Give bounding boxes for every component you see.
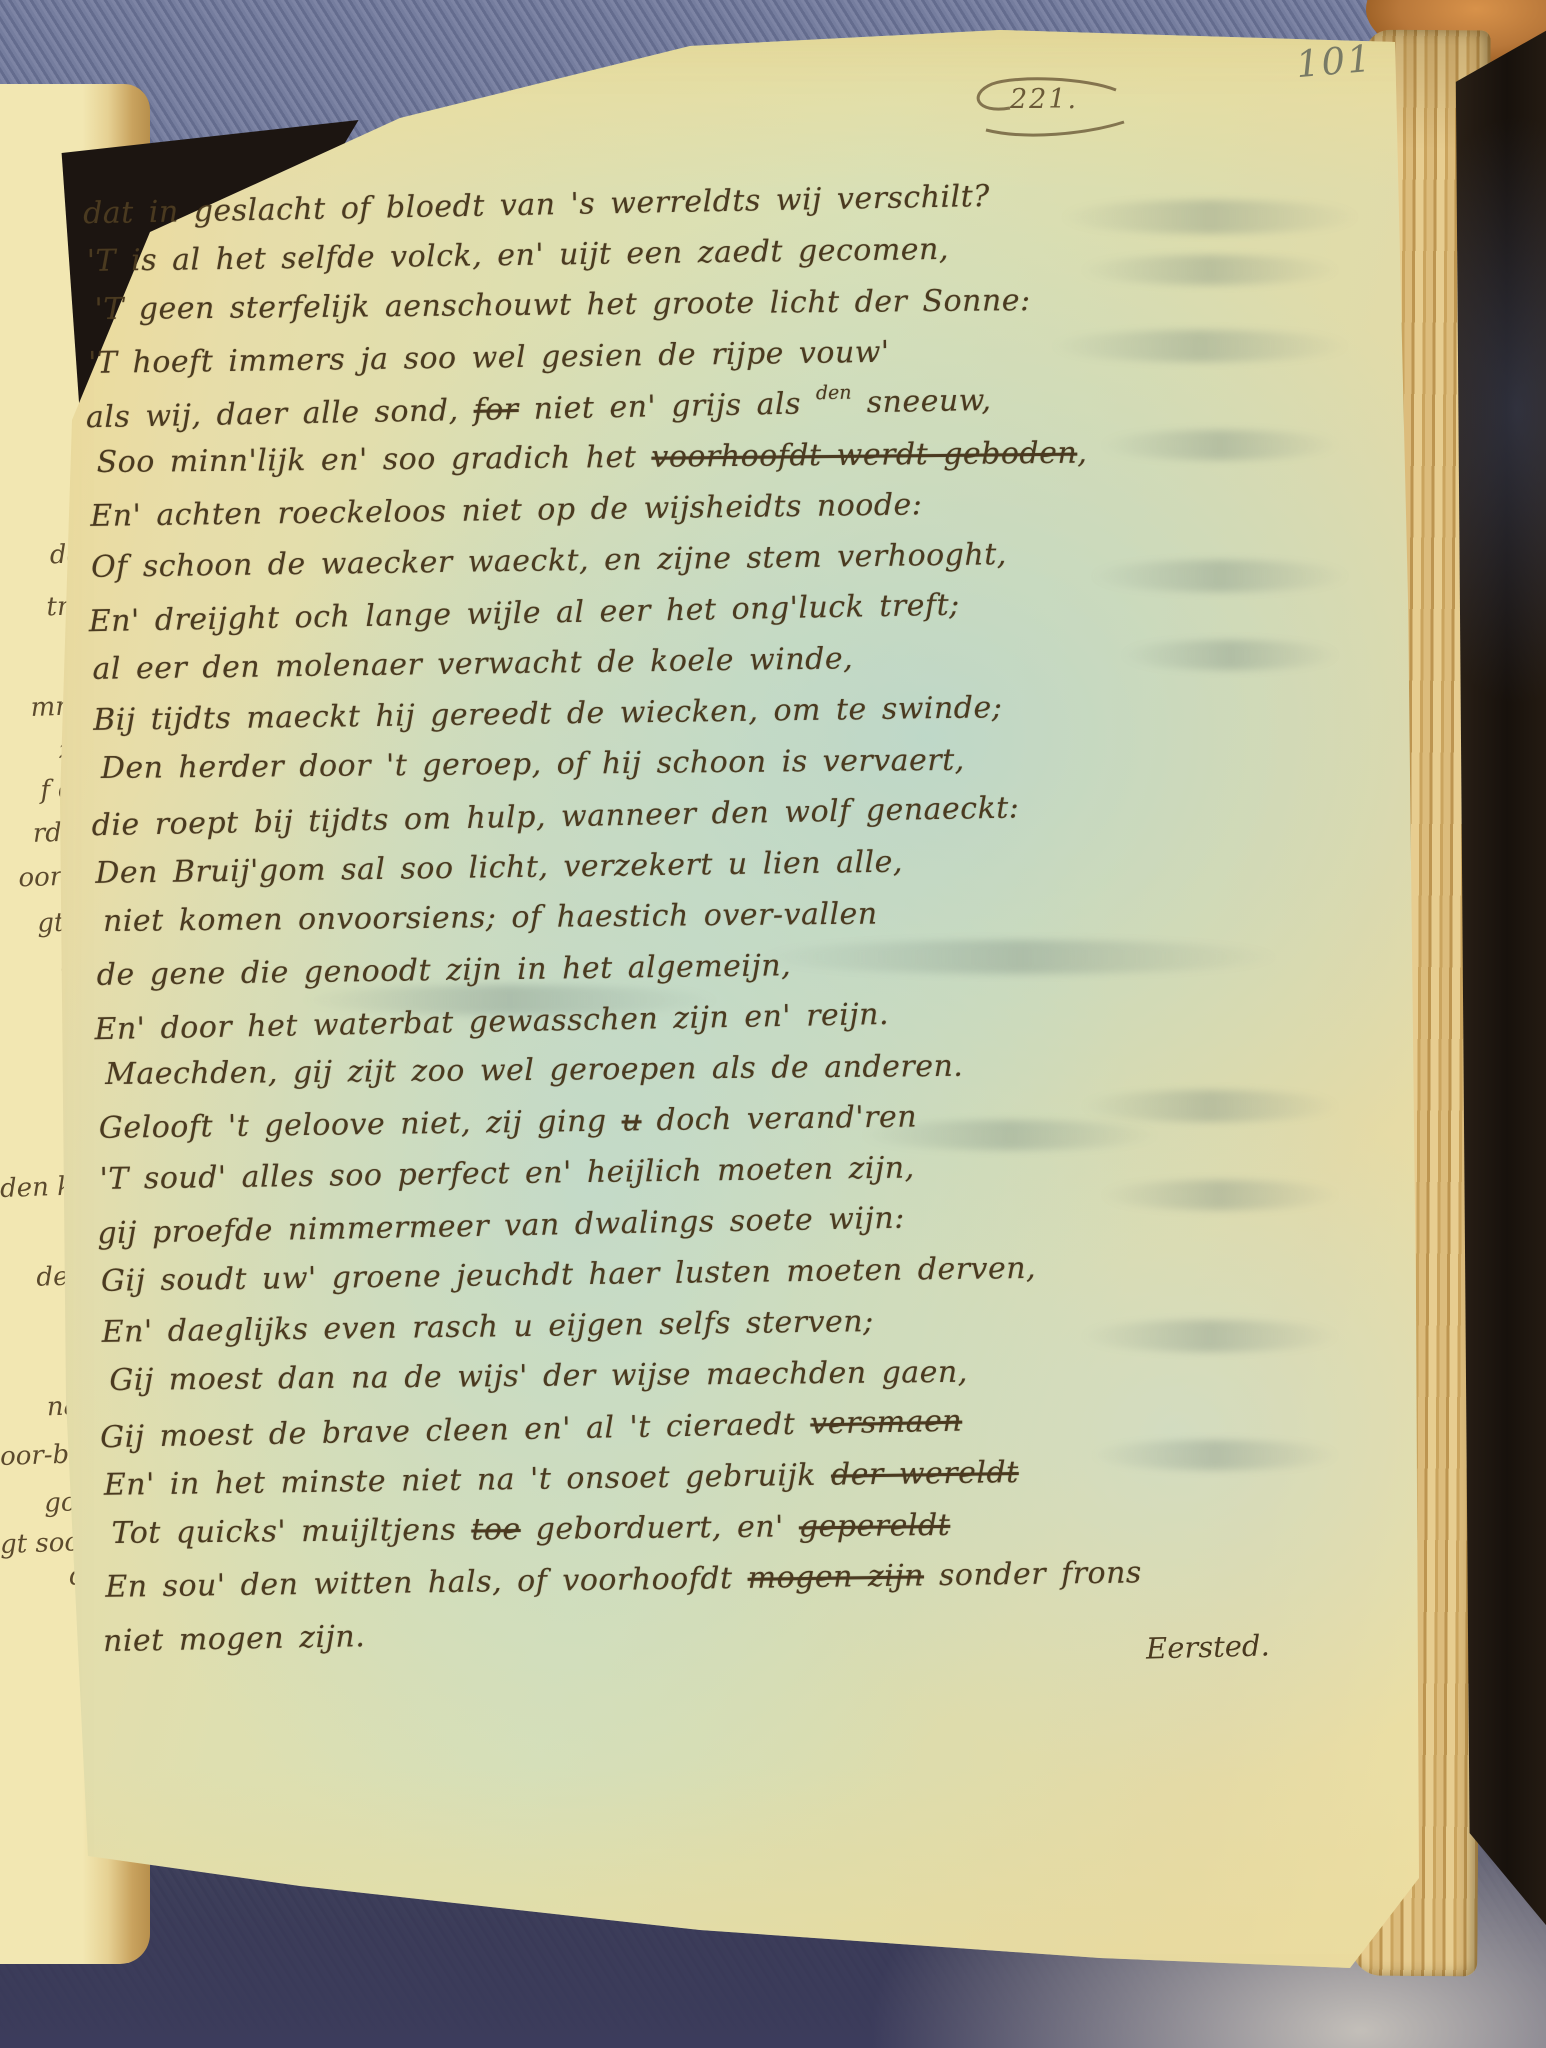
line-text: als wij, daer alle sond, bbox=[86, 393, 474, 435]
line-text: de gene die genoodt zijn in het algemeij… bbox=[97, 948, 792, 993]
manuscript-photo: dagstragtmmst,zee,f des.rdich!oordig.gt … bbox=[0, 0, 1546, 2048]
line-text: En' dreijght och lange wijle al eer het … bbox=[89, 588, 961, 640]
struck-text: mogen zijn bbox=[747, 1558, 924, 1595]
line-text: Den Bruij'gom sal soo licht, verzekert u… bbox=[95, 845, 903, 891]
line-text: doch verand'ren bbox=[641, 1099, 917, 1138]
line-text: En' door het waterbat gewasschen zijn en… bbox=[94, 997, 889, 1047]
line-text: geborduert, en' bbox=[521, 1509, 800, 1547]
quire-mark: 221. bbox=[966, 74, 1136, 152]
line-text: En' daeglijks even rasch u eijgen selfs … bbox=[102, 1304, 874, 1350]
line-text: 'T geen sterfelijk aenschouwt het groote… bbox=[94, 283, 1030, 327]
page-number: 101 bbox=[1294, 37, 1374, 87]
line-text: sonder frons bbox=[924, 1555, 1142, 1593]
line-text: Gij moest de brave cleen en' al 't ciera… bbox=[100, 1407, 811, 1456]
struck-text: toe bbox=[471, 1512, 521, 1547]
line-text: 'T hoeft immers ja soo wel gesien de rij… bbox=[88, 335, 890, 381]
line-text: Gij soudt uw' groene jeuchdt haer lusten… bbox=[101, 1251, 1037, 1299]
line-text: al eer den molenaer verwacht de koele wi… bbox=[92, 641, 853, 687]
line-text: En' achten roeckeloos niet op de wijshei… bbox=[90, 487, 923, 534]
inserted-text: den bbox=[816, 382, 852, 405]
struck-text: for bbox=[473, 392, 519, 428]
line-text: niet komen onvoorsiens; of haestich over… bbox=[103, 897, 878, 939]
line-text: En sou' den witten hals, of voorhoofdt bbox=[105, 1561, 748, 1605]
line-text: Bij tijdts maeckt hij gereedt de wiecken… bbox=[93, 690, 1003, 738]
catchword: Eersted. bbox=[1146, 1628, 1271, 1665]
line-text: En' in het minste niet na 't onsoet gebr… bbox=[104, 1458, 832, 1503]
struck-text: voorhoofdt werdt geboden bbox=[651, 436, 1077, 475]
line-text: Gij moest dan na de wijs' der wijse maec… bbox=[109, 1355, 968, 1398]
line-text: Of schoon de waecker waeckt, en zijne st… bbox=[91, 537, 1007, 585]
line-text: Gelooft 't geloove niet, zij ging bbox=[99, 1104, 622, 1146]
struck-text: der wereldt bbox=[831, 1455, 1019, 1493]
line-text: , bbox=[1077, 436, 1087, 471]
line-text: Maechden, gij zijt zoo wel geroepen als … bbox=[105, 1049, 964, 1092]
line-text: 'T is al het selfde volck, en' uijt een … bbox=[87, 232, 950, 279]
text-lines: dat in geslacht of bloedt van 's werreld… bbox=[86, 167, 1377, 1664]
line-text: Den herder door 't geroep, of hij schoon… bbox=[101, 743, 965, 786]
line-text: sneeuw, bbox=[851, 383, 991, 421]
line-text: niet mogen zijn. bbox=[103, 1619, 366, 1659]
line-text: Soo minn'lijk en' soo gradich het bbox=[96, 440, 651, 480]
line-text: die roept bij tijdts om hulp, wanneer de… bbox=[91, 790, 1019, 843]
line-text: niet en' grijs als bbox=[518, 386, 816, 427]
line-text: Tot quicks' muijltjens bbox=[111, 1513, 471, 1551]
struck-text: u bbox=[621, 1103, 641, 1138]
quire-mark-text: 221. bbox=[1010, 84, 1078, 115]
struck-text: versmaen bbox=[810, 1404, 963, 1442]
line-text: dat in geslacht of bloedt van 's werreld… bbox=[83, 179, 990, 231]
line-text: gij proefde nimmermeer van dwalings soet… bbox=[97, 1201, 905, 1251]
line-text: 'T soud' alles soo perfect en' heijlich … bbox=[99, 1150, 915, 1196]
struck-text: gepereldt bbox=[799, 1508, 951, 1544]
